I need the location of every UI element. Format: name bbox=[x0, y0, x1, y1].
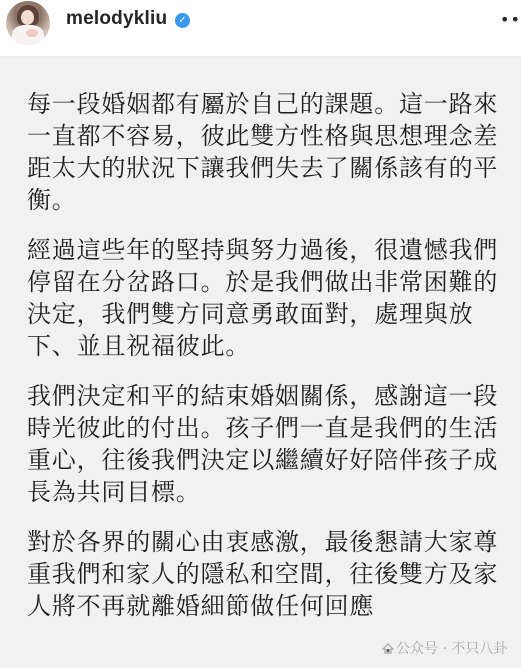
text-line: 時光彼此的付出。孩子們一直是我們的生活 bbox=[27, 412, 507, 444]
verified-badge-icon: ✓ bbox=[175, 13, 190, 28]
avatar-hand-shape bbox=[26, 29, 38, 37]
text-line: 下、並且祝福彼此。 bbox=[27, 330, 507, 362]
text-line: 經過這些年的堅持與努力過後，很遺憾我們 bbox=[27, 234, 507, 266]
avatar[interactable] bbox=[6, 1, 50, 45]
text-line: 距太大的狀況下讓我們失去了關係該有的平 bbox=[27, 152, 507, 184]
text-line: 人將不再就離婚細節做任何回應 bbox=[27, 590, 507, 622]
text-line: 停留在分岔路口。於是我們做出非常困難的 bbox=[27, 266, 507, 298]
text-line: 一直都不容易，彼此雙方性格與思想理念差 bbox=[27, 120, 507, 152]
username-link[interactable]: melodykliu bbox=[66, 8, 167, 30]
text-line: 我們決定和平的結束婚姻關係，感謝這一段 bbox=[27, 380, 507, 412]
post-header: melodykliu ✓ ••• bbox=[0, 0, 521, 57]
post-statement-text: 每一段婚姻都有屬於自己的課題。這一路來 一直都不容易，彼此雙方性格與思想理念差 … bbox=[27, 88, 507, 640]
text-line: 重我們和家人的隱私和空間，往後雙方及家 bbox=[27, 558, 507, 590]
paragraph-2: 經過這些年的堅持與努力過後，很遺憾我們 停留在分岔路口。於是我們做出非常困難的 … bbox=[27, 234, 507, 362]
text-line: 衡。 bbox=[27, 184, 507, 216]
watermark: 公众号 · 不只八卦 bbox=[382, 640, 507, 658]
text-line: 重心，往後我們決定以繼續好好陪伴孩子成 bbox=[27, 444, 507, 476]
text-line: 每一段婚姻都有屬於自己的課題。這一路來 bbox=[27, 88, 507, 120]
paragraph-1: 每一段婚姻都有屬於自己的課題。這一路來 一直都不容易，彼此雙方性格與思想理念差 … bbox=[27, 88, 507, 216]
text-line: 決定，我們雙方同意勇敢面對，處理與放 bbox=[27, 298, 507, 330]
paragraph-3: 我們決定和平的結束婚姻關係，感謝這一段 時光彼此的付出。孩子們一直是我們的生活 … bbox=[27, 380, 507, 508]
avatar-face-shape bbox=[21, 10, 34, 25]
text-line: 對於各界的關心由衷感激，最後懇請大家尊 bbox=[27, 526, 507, 558]
more-options-icon[interactable]: ••• bbox=[500, 12, 521, 28]
wechat-official-account-icon bbox=[382, 641, 394, 652]
watermark-text: 公众号 · 不只八卦 bbox=[396, 641, 507, 657]
paragraph-4: 對於各界的關心由衷感激，最後懇請大家尊 重我們和家人的隱私和空間，往後雙方及家 … bbox=[27, 526, 507, 622]
text-line: 長為共同目標。 bbox=[27, 476, 507, 508]
